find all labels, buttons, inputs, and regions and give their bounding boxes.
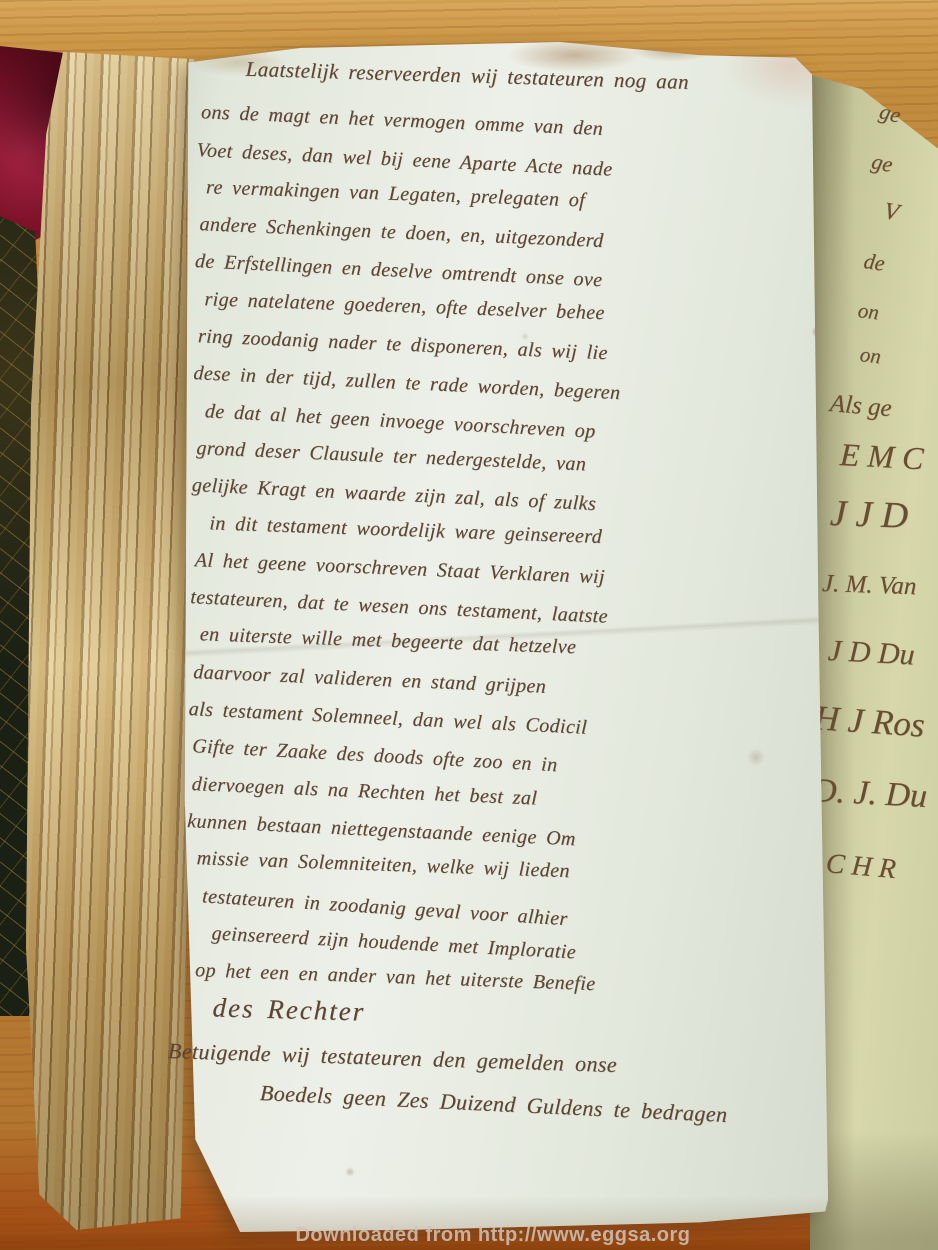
facing-page-text-fragment: de — [862, 248, 886, 277]
facing-page-text-fragment: ge — [877, 98, 903, 128]
facing-page-text-fragment: V — [882, 198, 901, 227]
facing-page-text-fragment: on — [856, 298, 880, 325]
manuscript-closing-block: Betuigende wij testateuren den gemelden … — [168, 1030, 868, 1114]
manuscript-line: Laatstelijk reserveerden wij testateuren… — [245, 51, 850, 106]
facing-page-text-fragment: ge — [869, 148, 895, 178]
watermark: Downloaded from http://www.eggsa.org — [0, 1222, 938, 1249]
photo-open-manuscript-book: ge ge V de on on Als ge E M C J J D J. M… — [0, 0, 938, 1250]
facing-page-text-fragment: E M C — [839, 436, 924, 477]
manuscript-text-block: Laatstelijk reserveerden wij testateuren… — [176, 50, 850, 1036]
facing-page-text-fragment: on — [858, 342, 882, 369]
